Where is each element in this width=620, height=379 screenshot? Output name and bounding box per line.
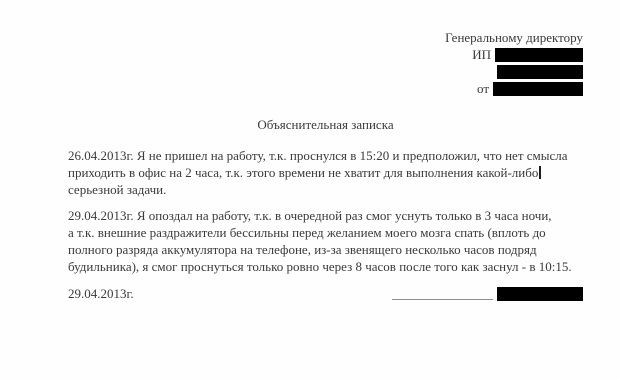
text-line-content: приходить в офис на 2 часа, т.к. этого в…	[68, 165, 538, 180]
footer-date: 29.04.2013г.	[68, 286, 134, 302]
ip-prefix: ИП	[472, 47, 491, 63]
footer-row: 29.04.2013г.	[68, 286, 583, 303]
from-prefix: от	[477, 81, 489, 97]
document-page: Генеральному директору ИП от Объяснитель…	[0, 0, 620, 379]
recipient-line: Генеральному директору	[445, 29, 583, 46]
signature-redaction-box	[497, 287, 583, 301]
paragraph-2[interactable]: 29.04.2013г. Я опоздал на работу, т.к. в…	[68, 208, 600, 276]
text-line: 29.04.2013г. Я опоздал на работу, т.к. в…	[68, 208, 600, 225]
text-line: а т.к. внешние раздражители бессильны пе…	[68, 225, 600, 242]
text-line: приходить в офис на 2 часа, т.к. этого в…	[68, 165, 600, 182]
redaction-box	[493, 82, 583, 96]
redaction-box	[497, 65, 583, 79]
recipient-block: Генеральному директору ИП от	[445, 29, 583, 97]
sender-line: от	[445, 80, 583, 97]
signature-group	[392, 286, 583, 300]
recipient-text: Генеральному директору	[445, 30, 583, 46]
text-line: полного разряда аккумулятора на телефоне…	[68, 242, 600, 259]
recipient-ip-line: ИП	[445, 46, 583, 63]
paragraph-1[interactable]: 26.04.2013г. Я не пришел на работу, т.к.…	[68, 148, 600, 199]
recipient-name-line	[445, 63, 583, 80]
signature-line	[392, 286, 493, 300]
document-title: Объяснительная записка	[68, 117, 583, 133]
text-line: будильника), я смог проснуться только ро…	[68, 259, 600, 276]
text-caret	[539, 166, 541, 179]
redaction-box	[495, 48, 583, 62]
text-line: серьезной задачи.	[68, 182, 600, 199]
text-line: 26.04.2013г. Я не пришел на работу, т.к.…	[68, 148, 600, 165]
